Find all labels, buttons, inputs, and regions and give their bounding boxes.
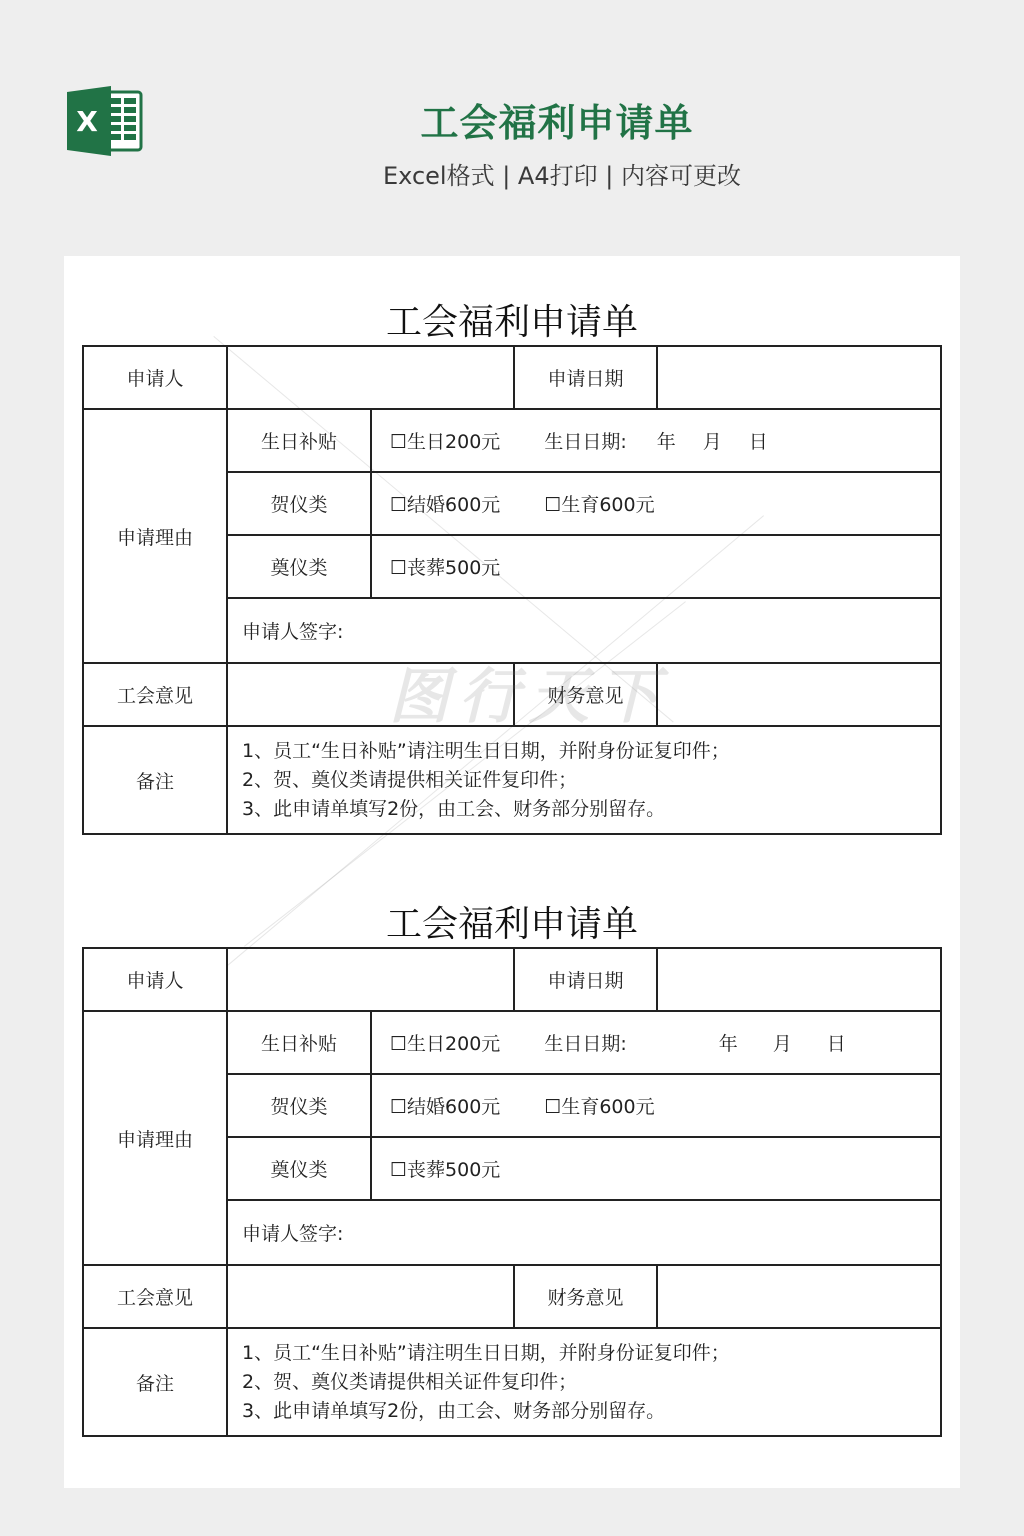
form-table: 申请人 申请日期 申请理由 生日补贴 ☐生日200元 生日日期: 年 月 日 贺… <box>82 345 942 835</box>
funeral-500-checkbox[interactable]: ☐丧葬500元 <box>390 1155 500 1182</box>
day-label: 日 <box>827 1029 846 1056</box>
union-opinion-label: 工会意见 <box>84 1264 226 1327</box>
birthday-date-label: 生日日期: <box>544 1029 626 1056</box>
birthday-200-checkbox[interactable]: ☐生日200元 <box>390 427 500 454</box>
year-label: 年 <box>719 1029 738 1056</box>
signature-field[interactable]: 申请人签字: <box>226 597 940 662</box>
birthday-row: ☐生日200元 生日日期: 年 月 日 <box>370 1010 940 1073</box>
apply-date-label: 申请日期 <box>513 949 656 1010</box>
apply-date-field[interactable] <box>656 347 940 408</box>
funeral-500-checkbox[interactable]: ☐丧葬500元 <box>390 553 500 580</box>
union-opinion-field[interactable] <box>226 1264 513 1327</box>
form-title: 工会福利申请单 <box>82 294 942 345</box>
birthday-label: 生日补贴 <box>226 1010 370 1073</box>
marriage-600-checkbox[interactable]: ☐结婚600元 <box>390 490 500 517</box>
apply-date-field[interactable] <box>656 949 940 1010</box>
childbirth-600-checkbox[interactable]: ☐生育600元 <box>544 1092 654 1119</box>
year-label: 年 <box>657 427 676 454</box>
applicant-label: 申请人 <box>84 949 226 1010</box>
celebration-row: ☐结婚600元 ☐生育600元 <box>370 471 940 534</box>
birthday-row: ☐生日200元 生日日期: 年 月 日 <box>370 408 940 471</box>
applicant-field[interactable] <box>226 949 513 1010</box>
note-line: 3、此申请单填写2份，由工会、财务部分别留存。 <box>242 795 665 824</box>
document-preview: 工会福利申请单 申请人 申请日期 申请理由 生日补贴 ☐生日200元 生日日期:… <box>64 256 960 1488</box>
form-table: 申请人 申请日期 申请理由 生日补贴 ☐生日200元 生日日期: 年 月 日 贺… <box>82 947 942 1437</box>
note-line: 3、此申请单填写2份，由工会、财务部分别留存。 <box>242 1397 665 1426</box>
condolence-row: ☐丧葬500元 <box>370 1136 940 1199</box>
condolence-label: 奠仪类 <box>226 534 370 597</box>
month-label: 月 <box>703 427 722 454</box>
notes-content: 1、员工“生日补贴”请注明生日日期，并附身份证复印件； 2、贺、奠仪类请提供相关… <box>226 725 940 833</box>
birthday-label: 生日补贴 <box>226 408 370 471</box>
page-subtitle: Excel格式 | A4打印 | 内容可更改 <box>0 156 1024 191</box>
notes-label: 备注 <box>84 1327 226 1435</box>
finance-opinion-label: 财务意见 <box>513 662 656 725</box>
union-opinion-field[interactable] <box>226 662 513 725</box>
reason-label: 申请理由 <box>84 408 226 662</box>
finance-opinion-field[interactable] <box>656 1264 940 1327</box>
note-line: 2、贺、奠仪类请提供相关证件复印件； <box>242 766 577 795</box>
note-line: 2、贺、奠仪类请提供相关证件复印件； <box>242 1368 577 1397</box>
note-line: 1、员工“生日补贴”请注明生日日期，并附身份证复印件； <box>242 737 730 766</box>
childbirth-600-checkbox[interactable]: ☐生育600元 <box>544 490 654 517</box>
marriage-600-checkbox[interactable]: ☐结婚600元 <box>390 1092 500 1119</box>
signature-label: 申请人签字: <box>242 1219 343 1246</box>
notes-content: 1、员工“生日补贴”请注明生日日期，并附身份证复印件； 2、贺、奠仪类请提供相关… <box>226 1327 940 1435</box>
birthday-200-checkbox[interactable]: ☐生日200元 <box>390 1029 500 1056</box>
notes-label: 备注 <box>84 725 226 833</box>
applicant-label: 申请人 <box>84 347 226 408</box>
celebration-label: 贺仪类 <box>226 1073 370 1136</box>
note-line: 1、员工“生日补贴”请注明生日日期，并附身份证复印件； <box>242 1339 730 1368</box>
condolence-label: 奠仪类 <box>226 1136 370 1199</box>
month-label: 月 <box>773 1029 792 1056</box>
day-label: 日 <box>749 427 768 454</box>
finance-opinion-label: 财务意见 <box>513 1264 656 1327</box>
condolence-row: ☐丧葬500元 <box>370 534 940 597</box>
form-title: 工会福利申请单 <box>82 896 942 947</box>
apply-date-label: 申请日期 <box>513 347 656 408</box>
finance-opinion-field[interactable] <box>656 662 940 725</box>
signature-label: 申请人签字: <box>242 617 343 644</box>
birthday-date-label: 生日日期: <box>544 427 626 454</box>
reason-label: 申请理由 <box>84 1010 226 1264</box>
celebration-row: ☐结婚600元 ☐生育600元 <box>370 1073 940 1136</box>
celebration-label: 贺仪类 <box>226 471 370 534</box>
applicant-field[interactable] <box>226 347 513 408</box>
union-opinion-label: 工会意见 <box>84 662 226 725</box>
signature-field[interactable]: 申请人签字: <box>226 1199 940 1264</box>
page-title: 工会福利申请单 <box>0 92 1024 147</box>
